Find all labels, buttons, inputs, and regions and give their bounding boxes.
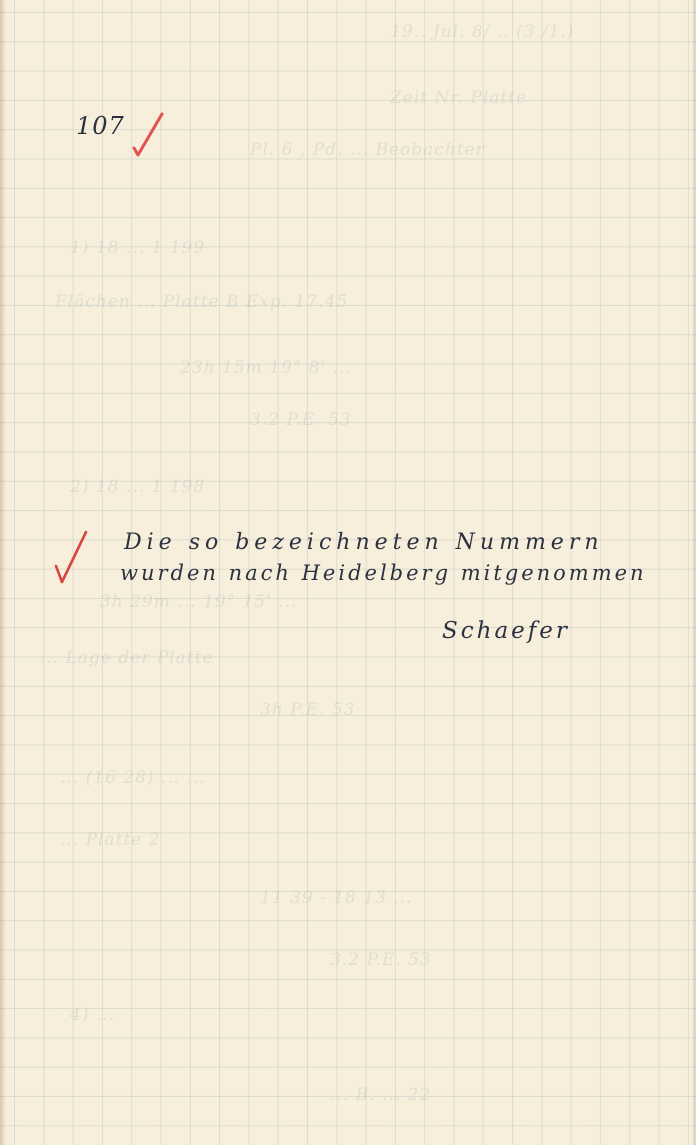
bleed-through-line: 3h 29m ... 19° 15' ... bbox=[100, 592, 297, 612]
bleed-through-line: Pl. 6 , Pd. ... Beobachter bbox=[250, 140, 485, 160]
bleed-through-line: Zeit Nr. Platte bbox=[390, 88, 527, 108]
bleed-through-line: 2) 18 ... 1 198 bbox=[70, 477, 205, 497]
bleed-through-line: 23h 15m 19° 8' ... bbox=[180, 358, 352, 378]
bleed-through-line: 3h P.E. 53 bbox=[260, 700, 355, 720]
bleed-through-line: 3.2 P.E. 53 bbox=[330, 950, 432, 970]
note-line-2: wurden nach Heidelberg mitgenommen bbox=[120, 561, 647, 585]
check-mark-icon bbox=[52, 528, 92, 588]
bleed-through-line: 3.2 P.E. 53 bbox=[250, 410, 352, 430]
bleed-through-line: Flächen ... Platte B Exp. 17.45 bbox=[55, 292, 348, 312]
bleed-through-line: ... (16 28) ... ... bbox=[60, 768, 206, 788]
bleed-through-line: 19.. Jul. 8/ .. (3./1.) bbox=[390, 22, 574, 42]
bleed-through-line: 4) ... bbox=[70, 1005, 115, 1025]
notebook-page: 19.. Jul. 8/ .. (3./1.) Zeit Nr. Platte … bbox=[0, 0, 696, 1145]
note-line-1: Die so bezeichneten Nummern bbox=[124, 530, 604, 555]
bleed-through-line: ... Lage der Platte bbox=[40, 648, 214, 668]
check-mark-icon bbox=[128, 108, 168, 158]
signature: Schaefer bbox=[442, 618, 570, 644]
bleed-through-line: ... Platte 2 bbox=[60, 830, 161, 850]
bleed-through-line: ... B. ... 22 bbox=[330, 1085, 431, 1105]
page-number: 107 bbox=[76, 112, 125, 140]
bleed-through-line: 1) 18 ... 1 199 bbox=[70, 238, 205, 258]
bleed-through-line: 11 39 - 18 13 ... bbox=[260, 888, 413, 908]
